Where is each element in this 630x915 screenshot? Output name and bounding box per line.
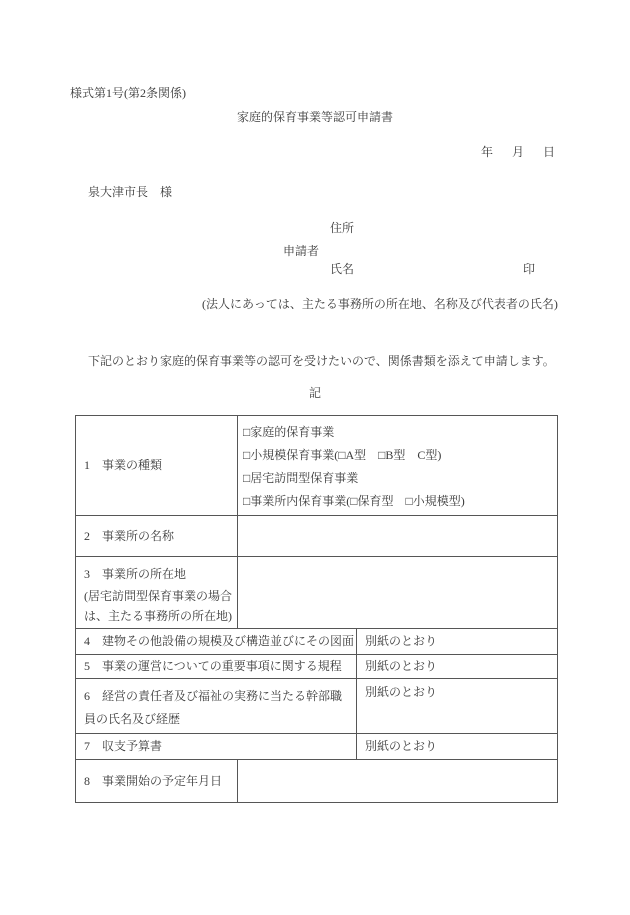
table-row-office-name: 2 事業所の名称 <box>76 516 558 557</box>
budget-value-cell: 別紙のとおり <box>357 734 558 760</box>
row-label-managers: 6 経営の責任者及び福祉の実務に当たる幹部職員の氏名及び経歴 <box>76 679 357 734</box>
row-label-building: 4 建物その他設備の規模及び構造並びにその図面 <box>76 629 357 655</box>
table-row-office-location: 3 事業所の所在地 (居宅訪問型保育事業の場合は、主たる事務所の所在地) <box>76 557 558 629</box>
addressee: 泉大津市長 様 <box>88 185 172 200</box>
table-row-budget: 7 収支予算書 別紙のとおり <box>76 734 558 760</box>
managers-value-cell: 別紙のとおり <box>357 679 558 734</box>
building-value-cell: 別紙のとおり <box>357 629 558 655</box>
table-row-start-date: 8 事業開始の予定年月日 <box>76 760 558 803</box>
operation-rules-value-cell: 別紙のとおり <box>357 655 558 679</box>
name-label: 氏名 <box>330 262 354 277</box>
seal-label: 印 <box>523 262 535 277</box>
table-row-operation-rules: 5 事業の運営についての重要事項に関する規程 別紙のとおり <box>76 655 558 679</box>
applicant-label: 申請者 <box>283 244 319 259</box>
row-label-business-type: 1 事業の種類 <box>76 416 238 516</box>
application-form-page: 様式第1号(第2条関係) 家庭的保育事業等認可申請書 年 月 日 泉大津市長 様… <box>0 0 630 915</box>
table-row-managers: 6 経営の責任者及び福祉の実務に当たる幹部職員の氏名及び経歴 別紙のとおり <box>76 679 558 734</box>
form-number: 様式第1号(第2条関係) <box>70 86 186 101</box>
application-table: 1 事業の種類 □家庭的保育事業 □小規模保育事業(□A型 □B型 C型) □居… <box>75 415 558 803</box>
application-statement: 下記のとおり家庭的保育事業等の認可を受けたいので、関係書類を添えて申請します。 <box>88 354 555 369</box>
business-type-option-workplace: □事業所内保育事業(□保育型 □小規模型) <box>243 490 555 513</box>
address-label: 住所 <box>330 221 354 236</box>
row-label-office-name: 2 事業所の名称 <box>76 516 238 557</box>
row-label-operation-rules: 5 事業の運営についての重要事項に関する規程 <box>76 655 357 679</box>
business-type-option-home-visit: □居宅訪問型保育事業 <box>243 467 555 490</box>
office-location-label: 3 事業所の所在地 <box>84 565 233 583</box>
office-location-value-cell <box>238 557 558 629</box>
business-type-options-cell: □家庭的保育事業 □小規模保育事業(□A型 □B型 C型) □居宅訪問型保育事業… <box>238 416 558 516</box>
row-label-start-date: 8 事業開始の予定年月日 <box>76 760 238 803</box>
table-row-business-type: 1 事業の種類 □家庭的保育事業 □小規模保育事業(□A型 □B型 C型) □居… <box>76 416 558 516</box>
row-label-budget: 7 収支予算書 <box>76 734 357 760</box>
table-row-building: 4 建物その他設備の規模及び構造並びにその図面 別紙のとおり <box>76 629 558 655</box>
start-date-value-cell <box>238 760 558 803</box>
business-type-option-small-scale: □小規模保育事業(□A型 □B型 C型) <box>243 444 555 467</box>
row-label-office-location: 3 事業所の所在地 (居宅訪問型保育事業の場合は、主たる事務所の所在地) <box>76 557 238 629</box>
list-heading: 記 <box>0 386 630 401</box>
document-title: 家庭的保育事業等認可申請書 <box>0 110 630 125</box>
office-name-value-cell <box>238 516 558 557</box>
date-line: 年 月 日 <box>481 145 559 160</box>
business-type-option-family: □家庭的保育事業 <box>243 421 555 444</box>
office-location-note: (居宅訪問型保育事業の場合は、主たる事務所の所在地) <box>84 586 233 626</box>
corporate-note: (法人にあっては、主たる事務所の所在地、名称及び代表者の氏名) <box>202 297 558 312</box>
